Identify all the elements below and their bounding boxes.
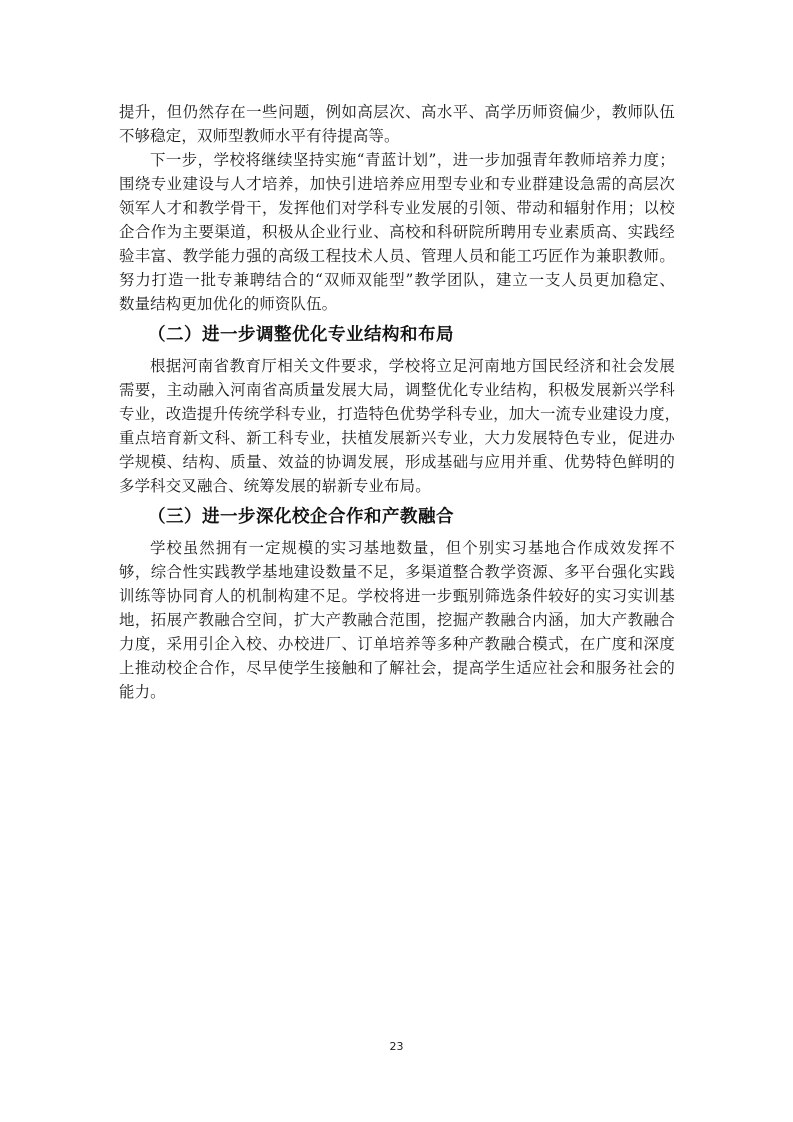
text-line: 够，综合性实践教学基地建设数量不足，多渠道整合教学资源、多平台强化实践 [119, 560, 675, 584]
text-line: 多学科交叉融合、统筹发展的崭新专业布局。 [119, 474, 675, 498]
section-heading-2: （二）进一步调整优化专业结构和布局 [119, 316, 675, 354]
text-line: 能力。 [119, 680, 675, 704]
text-line: 企合作为主要渠道，积极从企业行业、高校和科研院所聘用专业素质高、实践经 [119, 220, 675, 244]
page-body: 提升，但仍然存在一些问题，例如高层次、高水平、高学历师资偏少，教师队伍 不够稳定… [119, 100, 675, 704]
text-line: 学校虽然拥有一定规模的实习基地数量，但个别实习基地合作成效发挥不 [119, 536, 675, 560]
text-line: 需要，主动融入河南省高质量发展大局，调整优化专业结构，积极发展新兴学科 [119, 378, 675, 402]
page-number: 23 [0, 1040, 793, 1053]
text-line: 重点培育新文科、新工科专业，扶植发展新兴专业，大力发展特色专业，促进办 [119, 426, 675, 450]
text-line: 提升，但仍然存在一些问题，例如高层次、高水平、高学历师资偏少，教师队伍 [119, 100, 675, 124]
text-line: 地，拓展产教融合空间，扩大产教融合范围，挖掘产教融合内涵，加大产教融合 [119, 608, 675, 632]
text-line: 专业，改造提升传统学科专业，打造特色优势学科专业，加大一流专业建设力度， [119, 402, 675, 426]
document-page: 提升，但仍然存在一些问题，例如高层次、高水平、高学历师资偏少，教师队伍 不够稳定… [0, 0, 793, 1122]
paragraph-teacher-issues: 提升，但仍然存在一些问题，例如高层次、高水平、高学历师资偏少，教师队伍 不够稳定… [119, 100, 675, 148]
text-line: 训练等协同育人的机制构建不足。学校将进一步甄别筛选条件较好的实习实训基 [119, 584, 675, 608]
text-line: 力度，采用引企入校、办校进厂、订单培养等多种产教融合模式，在广度和深度 [119, 632, 675, 656]
text-line: 数量结构更加优化的师资队伍。 [119, 292, 675, 316]
text-line: 领军人才和教学骨干，发挥他们对学科专业发展的引领、带动和辐射作用；以校 [119, 196, 675, 220]
text-line: 上推动校企合作，尽早使学生接触和了解社会，提高学生适应社会和服务社会的 [119, 656, 675, 680]
section-heading-3: （三）进一步深化校企合作和产教融合 [119, 498, 675, 536]
text-line: 不够稳定，双师型教师水平有待提高等。 [119, 124, 675, 148]
text-line: 努力打造一批专兼聘结合的“双师双能型”教学团队，建立一支人员更加稳定、 [119, 268, 675, 292]
text-line: 下一步，学校将继续坚持实施“青蓝计划”，进一步加强青年教师培养力度； [119, 148, 675, 172]
paragraph-section-3: 学校虽然拥有一定规模的实习基地数量，但个别实习基地合作成效发挥不 够，综合性实践… [119, 536, 675, 704]
text-line: 学规模、结构、质量、效益的协调发展，形成基础与应用并重、优势特色鲜明的 [119, 450, 675, 474]
text-line: 验丰富、教学能力强的高级工程技术人员、管理人员和能工巧匠作为兼职教师。 [119, 244, 675, 268]
paragraph-next-steps: 下一步，学校将继续坚持实施“青蓝计划”，进一步加强青年教师培养力度； 围绕专业建… [119, 148, 675, 316]
text-line: 围绕专业建设与人才培养，加快引进培养应用型专业和专业群建设急需的高层次 [119, 172, 675, 196]
text-line: 根据河南省教育厅相关文件要求，学校将立足河南地方国民经济和社会发展 [119, 354, 675, 378]
paragraph-section-2: 根据河南省教育厅相关文件要求，学校将立足河南地方国民经济和社会发展 需要，主动融… [119, 354, 675, 498]
